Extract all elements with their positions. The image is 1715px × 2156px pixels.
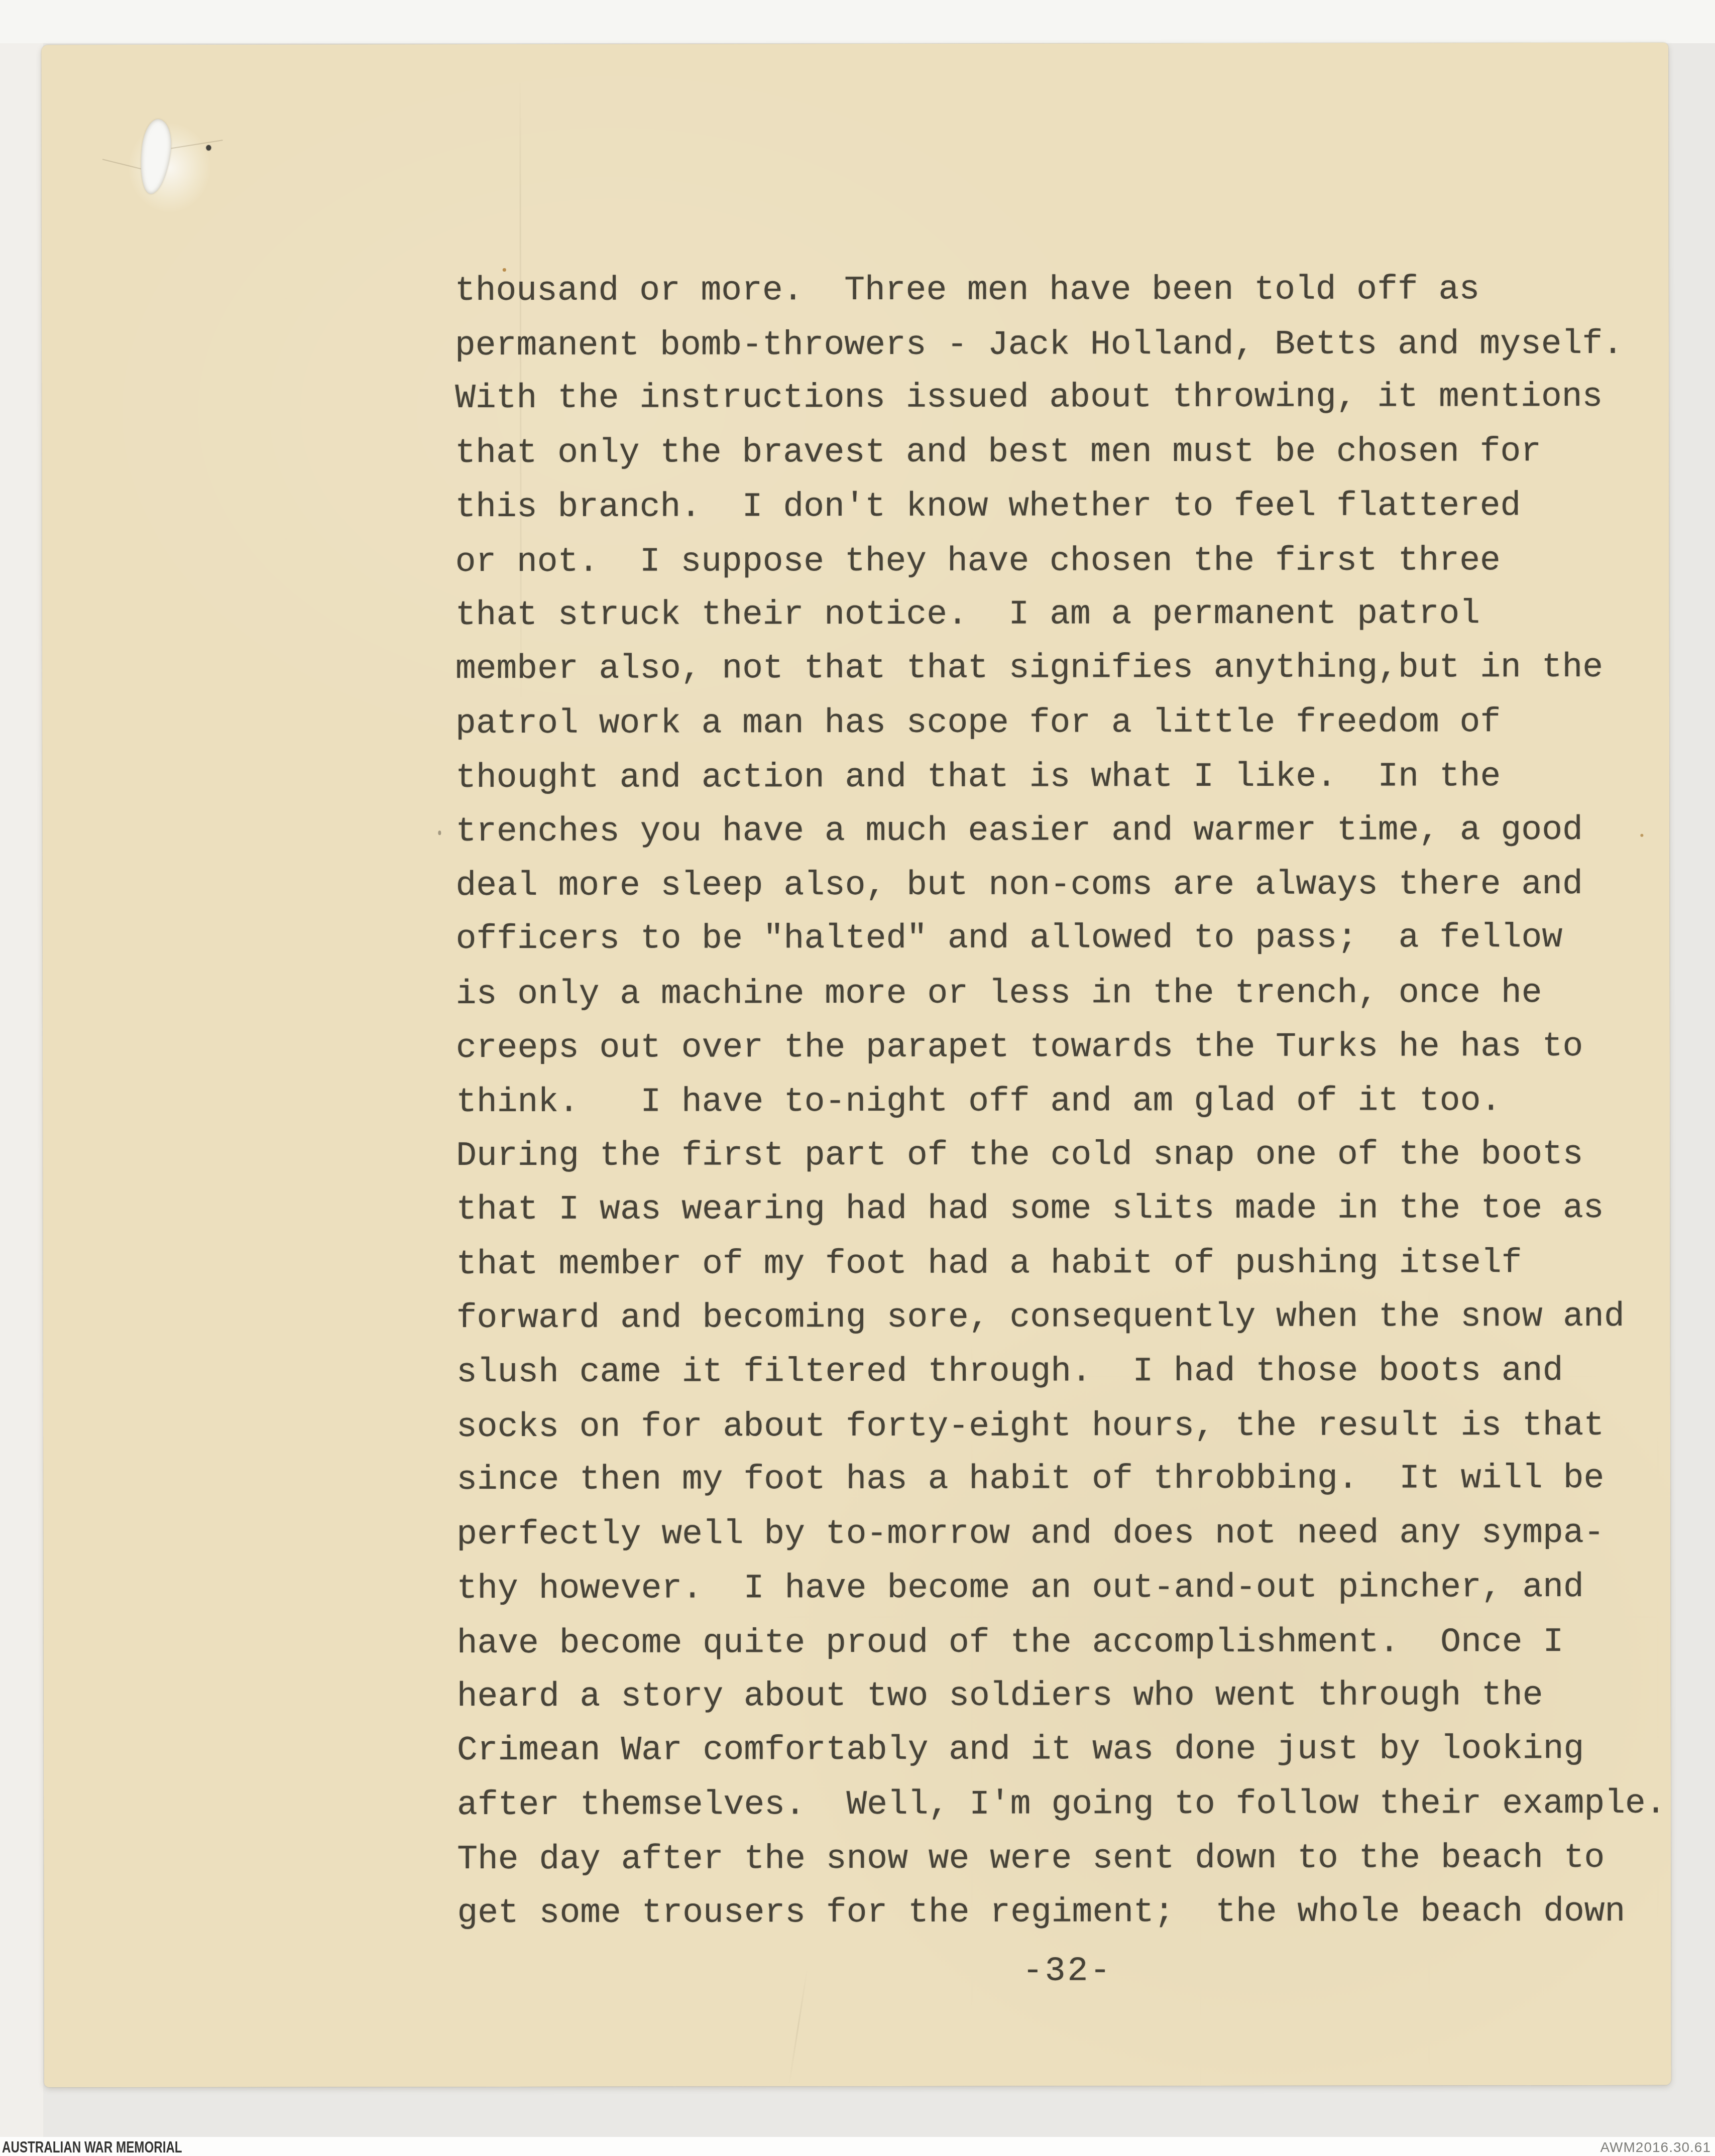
typed-line: deal more sleep also, but non-coms are a… [455, 857, 1676, 913]
typed-line: after themselves. Well, I'm going to fol… [457, 1776, 1677, 1832]
typed-line: perfectly well by to-morrow and does not… [456, 1506, 1677, 1562]
typed-line: During the first part of the cold snap o… [456, 1128, 1676, 1183]
typed-line: that struck their notice. I am a permane… [455, 587, 1676, 643]
typed-line: is only a machine more or less in the tr… [456, 966, 1676, 1022]
typed-line: slush came it filtered through. I had th… [456, 1344, 1677, 1400]
paper-speck [438, 830, 441, 835]
catalog-number-label: AWM2016.30.61 [1600, 2139, 1711, 2155]
typed-line: Crimean War comfortably and it was done … [457, 1722, 1677, 1778]
typed-line: thousand or more. Three men have been to… [455, 263, 1675, 318]
typed-line: that member of my foot had a habit of pu… [456, 1236, 1676, 1291]
ink-speck [206, 145, 211, 151]
typed-line: or not. I suppose they have chosen the f… [455, 533, 1676, 589]
typed-line: thy however. I have become an out-and-ou… [456, 1561, 1677, 1616]
typed-line: officers to be "halted" and allowed to p… [456, 911, 1676, 967]
page-number: -32- [457, 1944, 1677, 1999]
typed-line: socks on for about forty-eight hours, th… [456, 1398, 1677, 1454]
typed-line: With the instructions issued about throw… [455, 370, 1675, 426]
typed-line: heard a story about two soldiers who wen… [457, 1668, 1677, 1724]
typed-line: thought and action and that is what I li… [455, 750, 1676, 805]
typed-line: forward and becoming sore, consequently … [456, 1290, 1677, 1346]
typed-line: have become quite proud of the accomplis… [457, 1615, 1677, 1670]
caption-strip: AUSTRALIAN WAR MEMORIAL AWM2016.30.61 [0, 2137, 1715, 2156]
typed-line: this branch. I don't know whether to fee… [455, 479, 1675, 535]
typed-line: since then my foot has a habit of throbb… [456, 1452, 1677, 1507]
typed-line: get some trousers for the regiment; the … [457, 1885, 1677, 1941]
paper-tear-halo [117, 110, 222, 225]
scanner-backing-left [0, 43, 43, 2137]
typed-line: that only the bravest and best men must … [455, 425, 1675, 481]
document-page: thousand or more. Three men have been to… [41, 43, 1671, 2088]
typed-line: trenches you have a much easier and warm… [455, 803, 1676, 859]
typed-line: creeps out over the parapet towards the … [456, 1020, 1676, 1075]
archive-name-label: AUSTRALIAN WAR MEMORIAL [2, 2139, 182, 2155]
typed-line: The day after the snow we were sent down… [457, 1831, 1677, 1887]
typed-line: think. I have to-night off and am glad o… [456, 1073, 1676, 1129]
scanner-backing-top [0, 0, 1715, 43]
typed-line: patrol work a man has scope for a little… [455, 695, 1676, 751]
typed-line: member also, not that that signifies any… [455, 641, 1676, 696]
typed-line: that I was wearing had had some slits ma… [456, 1181, 1676, 1237]
typed-text-block: thousand or more. Three men have been to… [455, 263, 1678, 1941]
typed-line: permanent bomb-throwers - Jack Holland, … [455, 317, 1675, 373]
